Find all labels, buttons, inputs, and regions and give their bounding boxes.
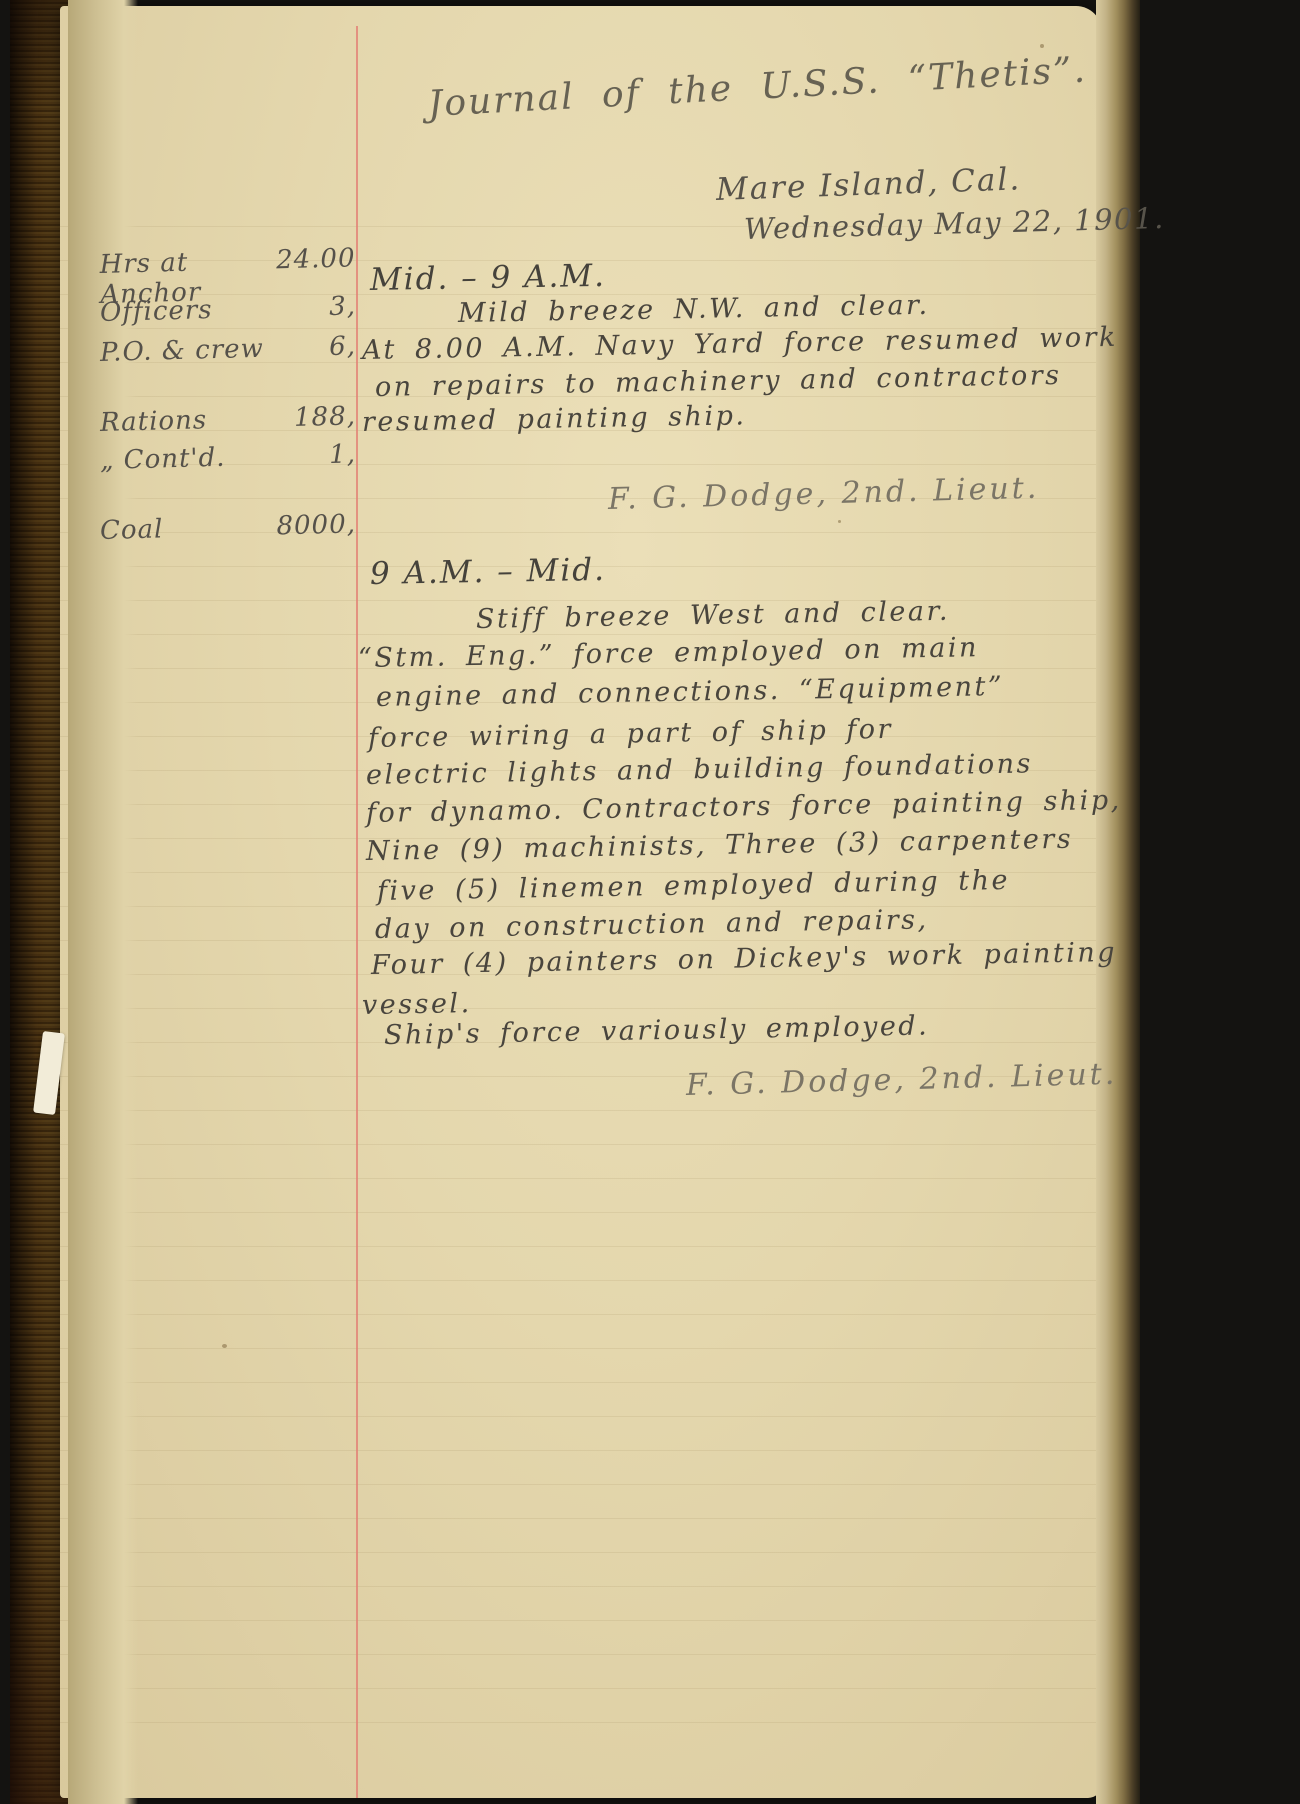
margin-value: 1, [329,439,357,470]
margin-label: Officers [100,295,213,328]
margin-value: 3, [329,291,357,322]
paper-speck [838,520,841,523]
right-page-edge [1096,0,1140,1804]
margin-label: P.O. & crew [100,334,265,368]
margin-label: „ Cont'd. [100,443,226,476]
margin-label: Rations [100,405,208,438]
margin-value: 6, [329,331,357,362]
margin-value: 8000, [276,509,356,541]
entry2-heading: 9 A.M. – Mid. [370,552,607,592]
paper-speck [222,1344,227,1348]
entry2-line: vessel. [362,988,472,1021]
margin-value: 188, [294,401,357,433]
margin-label: Coal [100,514,164,546]
journal-photo: { "colors": { "paper": "#e5d9b0", "ink":… [0,0,1300,1804]
entry1-heading: Mid. – 9 A.M. [370,258,607,298]
paper-speck [1040,44,1044,48]
